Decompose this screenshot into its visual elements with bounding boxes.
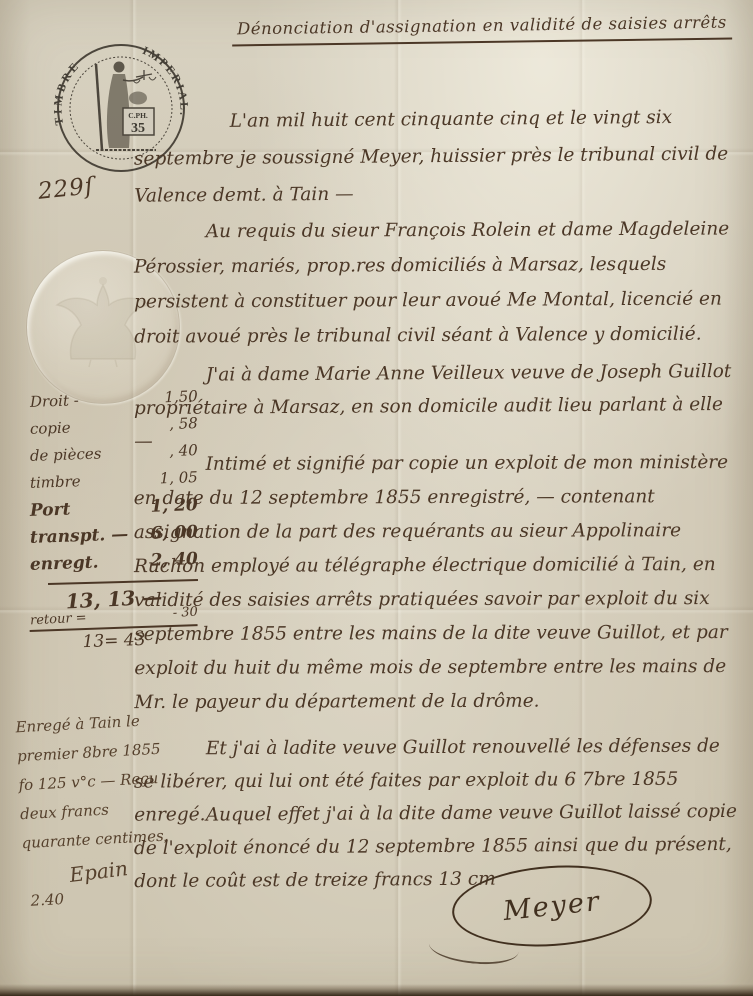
paragraph-requerants: Au requis du sieur François Rolein et da… xyxy=(134,211,747,354)
document-title: Dénonciation d'assignation en validité d… xyxy=(232,13,732,47)
cost-label: Droit - xyxy=(30,391,79,411)
paragraph-destinataire: J'ai à dame Marie Anne Veilleux veuve de… xyxy=(134,354,747,457)
photo-bottom-edge xyxy=(0,984,753,996)
cost-label: copie xyxy=(30,419,71,438)
document-number: 229ſ xyxy=(37,173,96,205)
retour-label: retour = xyxy=(30,610,87,628)
document-page: Dénonciation d'assignation en validité d… xyxy=(0,0,753,996)
paragraph-date-officer: L'an mil huit cent cinquante cinq et le … xyxy=(134,98,747,214)
huissier-signature: Meyer xyxy=(502,885,602,926)
cost-label: transpt. — xyxy=(30,525,129,548)
cost-label: Port xyxy=(30,500,71,521)
signature-flourish xyxy=(428,928,520,966)
paragraph-signification: Intimé et signifié par copie un exploit … xyxy=(134,445,747,719)
svg-text:TIMBRE: TIMBRE xyxy=(52,59,83,126)
cost-label: enregt. xyxy=(30,553,99,575)
cost-label: timbre xyxy=(30,472,81,492)
paragraph-remise-copie: Auquel effet j'ai à la dite dame veuve G… xyxy=(134,794,747,897)
stamp-left-text: TIMBRE xyxy=(52,59,83,126)
cost-label: de pièces xyxy=(30,444,102,464)
